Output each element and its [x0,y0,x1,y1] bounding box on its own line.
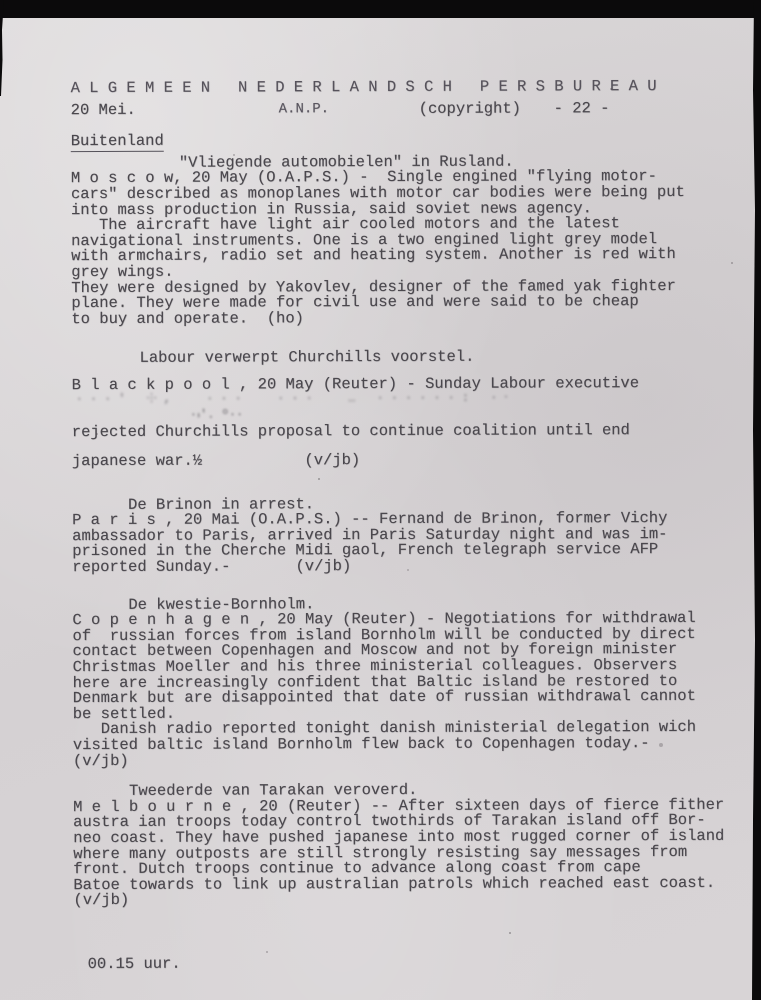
article-body: C o p e n h a g e n , 20 May (Reuter) - … [72,611,722,769]
issue-date: 20 Mei. [71,102,136,118]
article-line: rejected Churchills proposal to continue… [72,422,721,440]
article-line: reported Sunday.- (v/jb) [72,558,721,576]
article-body: P a r i s , 20 Mai (O.A.P.S.) -- Fernand… [72,511,721,576]
section-heading-label: Buitenland [71,134,164,152]
page-number: - 22 - [554,101,610,117]
article-line: japanese war.½ (v/jb) [72,452,721,470]
agency-name: A L G E M E E N N E D E R L A N D S C H … [71,79,720,97]
section-heading: Buitenland [71,132,720,152]
article-line: to buy and operate. (ho) [71,310,720,328]
article-body: B l a c k p o o l , 20 May (Reuter) - Su… [72,376,721,470]
scan-border-top [0,0,761,18]
header-meta-row: 20 Mei. A.N.P. (copyright) - 22 - [71,100,720,118]
scanned-press-bulletin: A L G E M E E N N E D E R L A N D S C H … [0,0,761,1000]
typewritten-page: A L G E M E E N N E D E R L A N D S C H … [0,0,761,1000]
article-line: B l a c k p o o l , 20 May (Reuter) - Su… [72,376,721,394]
article-line: (v/jb) [73,751,722,769]
article: "Vliegende automobielen" in Rusland. M o… [71,154,721,328]
agency-abbreviation: A.N.P. [279,102,329,118]
article-headline: Labour verwerpt Churchills voorstel. [71,349,720,367]
time-stamp: 00.15 uur. [74,955,723,973]
bulletin-header: A L G E M E E N N E D E R L A N D S C H … [71,79,720,152]
article-body: M o s c o w, 20 May (O.A.P.S.) - Single … [71,169,721,327]
article-line: Batoe towards to link up australian patr… [73,876,722,894]
copyright-notice: (copyright) [419,101,521,117]
article-line: (v/jb) [73,891,722,909]
article: Labour verwerpt Churchills voorstel. B l… [71,349,720,470]
article-line: visited baltic island Bornholm flew back… [73,736,722,754]
article: De Brinon in arrest. P a r i s , 20 Mai … [72,495,721,575]
article-body: M e l b o u r n e , 20 (Reuter) -- After… [73,798,722,909]
article: Tweederde van Tarakan veroverd. M e l b … [73,782,722,909]
article: De kwestie-Bornholm. C o p e n h a g e n… [72,595,722,769]
articles: "Vliegende automobielen" in Rusland. M o… [71,154,723,909]
